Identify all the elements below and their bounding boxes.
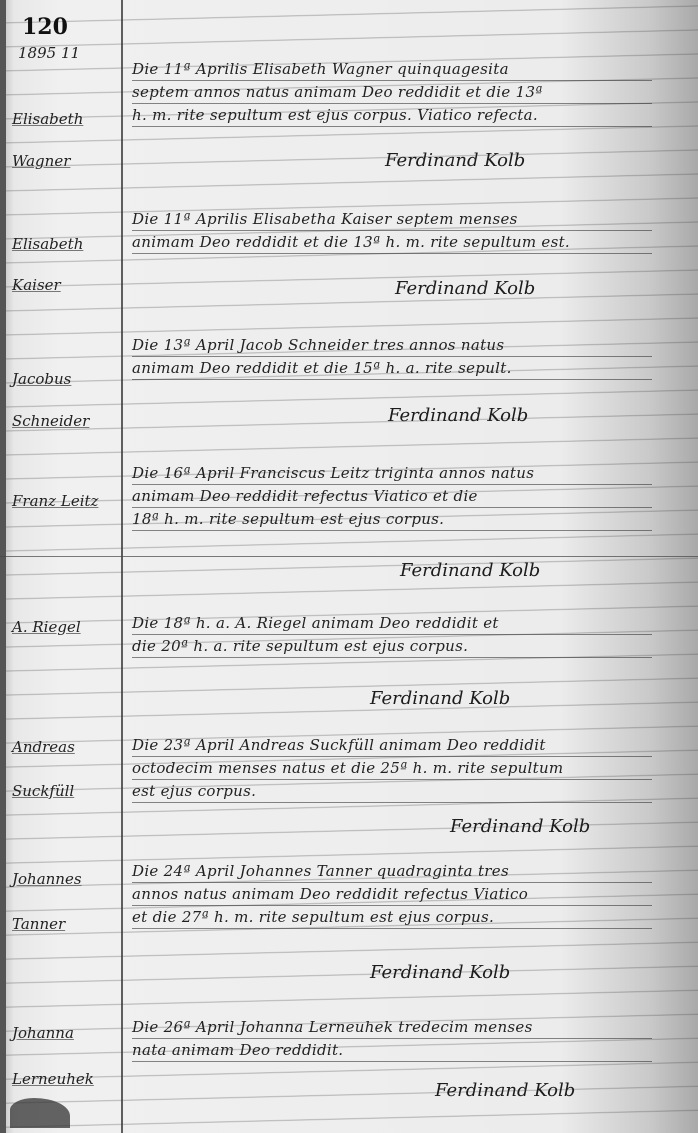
margin-name: Andreas xyxy=(12,728,120,766)
entry-line: Die 26ª April Johanna Lerneuhek tredecim… xyxy=(132,1016,652,1039)
entry-line: Die 16ª April Franciscus Leitz triginta … xyxy=(132,462,652,485)
entry-line: nata animam Deo reddidit. xyxy=(132,1039,652,1062)
entry-text: Die 11ª Aprilis Elisabetha Kaiser septem… xyxy=(132,208,652,254)
margin-surname: Wagner xyxy=(12,142,120,180)
entry-line: Die 23ª April Andreas Suckfüll animam De… xyxy=(132,734,652,757)
signature: Ferdinand Kolb xyxy=(450,816,590,837)
entry-line: Die 11ª Aprilis Elisabetha Kaiser septem… xyxy=(132,208,652,231)
entry-line: Die 13ª April Jacob Schneider tres annos… xyxy=(132,334,652,357)
entry-line: h. m. rite sepultum est ejus corpus. Via… xyxy=(132,104,652,127)
signature: Ferdinand Kolb xyxy=(370,688,510,709)
entry-text: Die 13ª April Jacob Schneider tres annos… xyxy=(132,334,652,380)
margin-column-rule xyxy=(121,0,123,1133)
register-page: 120 1895 11 Elisabeth Wagner Die 11ª Apr… xyxy=(0,0,698,1133)
entry-line: animam Deo reddidit refectus Viatico et … xyxy=(132,485,652,508)
entry-text: Die 24ª April Johannes Tanner quadragint… xyxy=(132,860,652,929)
margin-surname: Lerneuhek xyxy=(12,1060,120,1098)
margin-name: Johanna xyxy=(12,1014,120,1052)
entry-line: animam Deo reddidit et die 13ª h. m. rit… xyxy=(132,231,652,254)
signature: Ferdinand Kolb xyxy=(370,962,510,983)
entry-line: Die 18ª h. a. A. Riegel animam Deo reddi… xyxy=(132,612,652,635)
signature: Ferdinand Kolb xyxy=(400,560,540,581)
page-number: 120 xyxy=(22,14,68,40)
entry-line: 18ª h. m. rite sepultum est ejus corpus. xyxy=(132,508,652,531)
margin-name: Elisabeth xyxy=(12,225,120,263)
section-divider xyxy=(0,556,698,557)
margin-surname: Kaiser xyxy=(12,266,120,304)
entry-text: Die 18ª h. a. A. Riegel animam Deo reddi… xyxy=(132,612,652,658)
entry-line: septem annos natus animam Deo reddidit e… xyxy=(132,81,652,104)
entry-text: Die 11ª Aprilis Elisabeth Wagner quinqua… xyxy=(132,58,652,127)
binding-edge xyxy=(0,0,6,1133)
entry-text: Die 26ª April Johanna Lerneuhek tredecim… xyxy=(132,1016,652,1062)
entry-line: octodecim menses natus et die 25ª h. m. … xyxy=(132,757,652,780)
entry-line: animam Deo reddidit et die 15ª h. a. rit… xyxy=(132,357,652,380)
signature: Ferdinand Kolb xyxy=(395,278,535,299)
entry-line: Die 11ª Aprilis Elisabeth Wagner quinqua… xyxy=(132,58,652,81)
entry-line: die 20ª h. a. rite sepultum est ejus cor… xyxy=(132,635,652,658)
margin-name: Jacobus xyxy=(12,360,120,398)
margin-name: A. Riegel xyxy=(12,608,120,646)
margin-surname: Tanner xyxy=(12,905,120,943)
margin-name: Johannes xyxy=(12,860,120,898)
entry-line: est ejus corpus. xyxy=(132,780,652,803)
entry-line: et die 27ª h. m. rite sepultum est ejus … xyxy=(132,906,652,929)
entry-text: Die 16ª April Franciscus Leitz triginta … xyxy=(132,462,652,531)
ink-blot xyxy=(10,1098,70,1128)
signature: Ferdinand Kolb xyxy=(435,1080,575,1101)
entry-line: annos natus animam Deo reddidit refectus… xyxy=(132,883,652,906)
entry-text: Die 23ª April Andreas Suckfüll animam De… xyxy=(132,734,652,803)
margin-surname: Schneider xyxy=(12,402,120,440)
margin-surname: Suckfüll xyxy=(12,772,120,810)
entry-line: Die 24ª April Johannes Tanner quadragint… xyxy=(132,860,652,883)
margin-name: Elisabeth xyxy=(12,100,120,138)
margin-name: Franz Leitz xyxy=(12,482,120,520)
signature: Ferdinand Kolb xyxy=(388,405,528,426)
year-note: 1895 11 xyxy=(18,44,80,62)
signature: Ferdinand Kolb xyxy=(385,150,525,171)
